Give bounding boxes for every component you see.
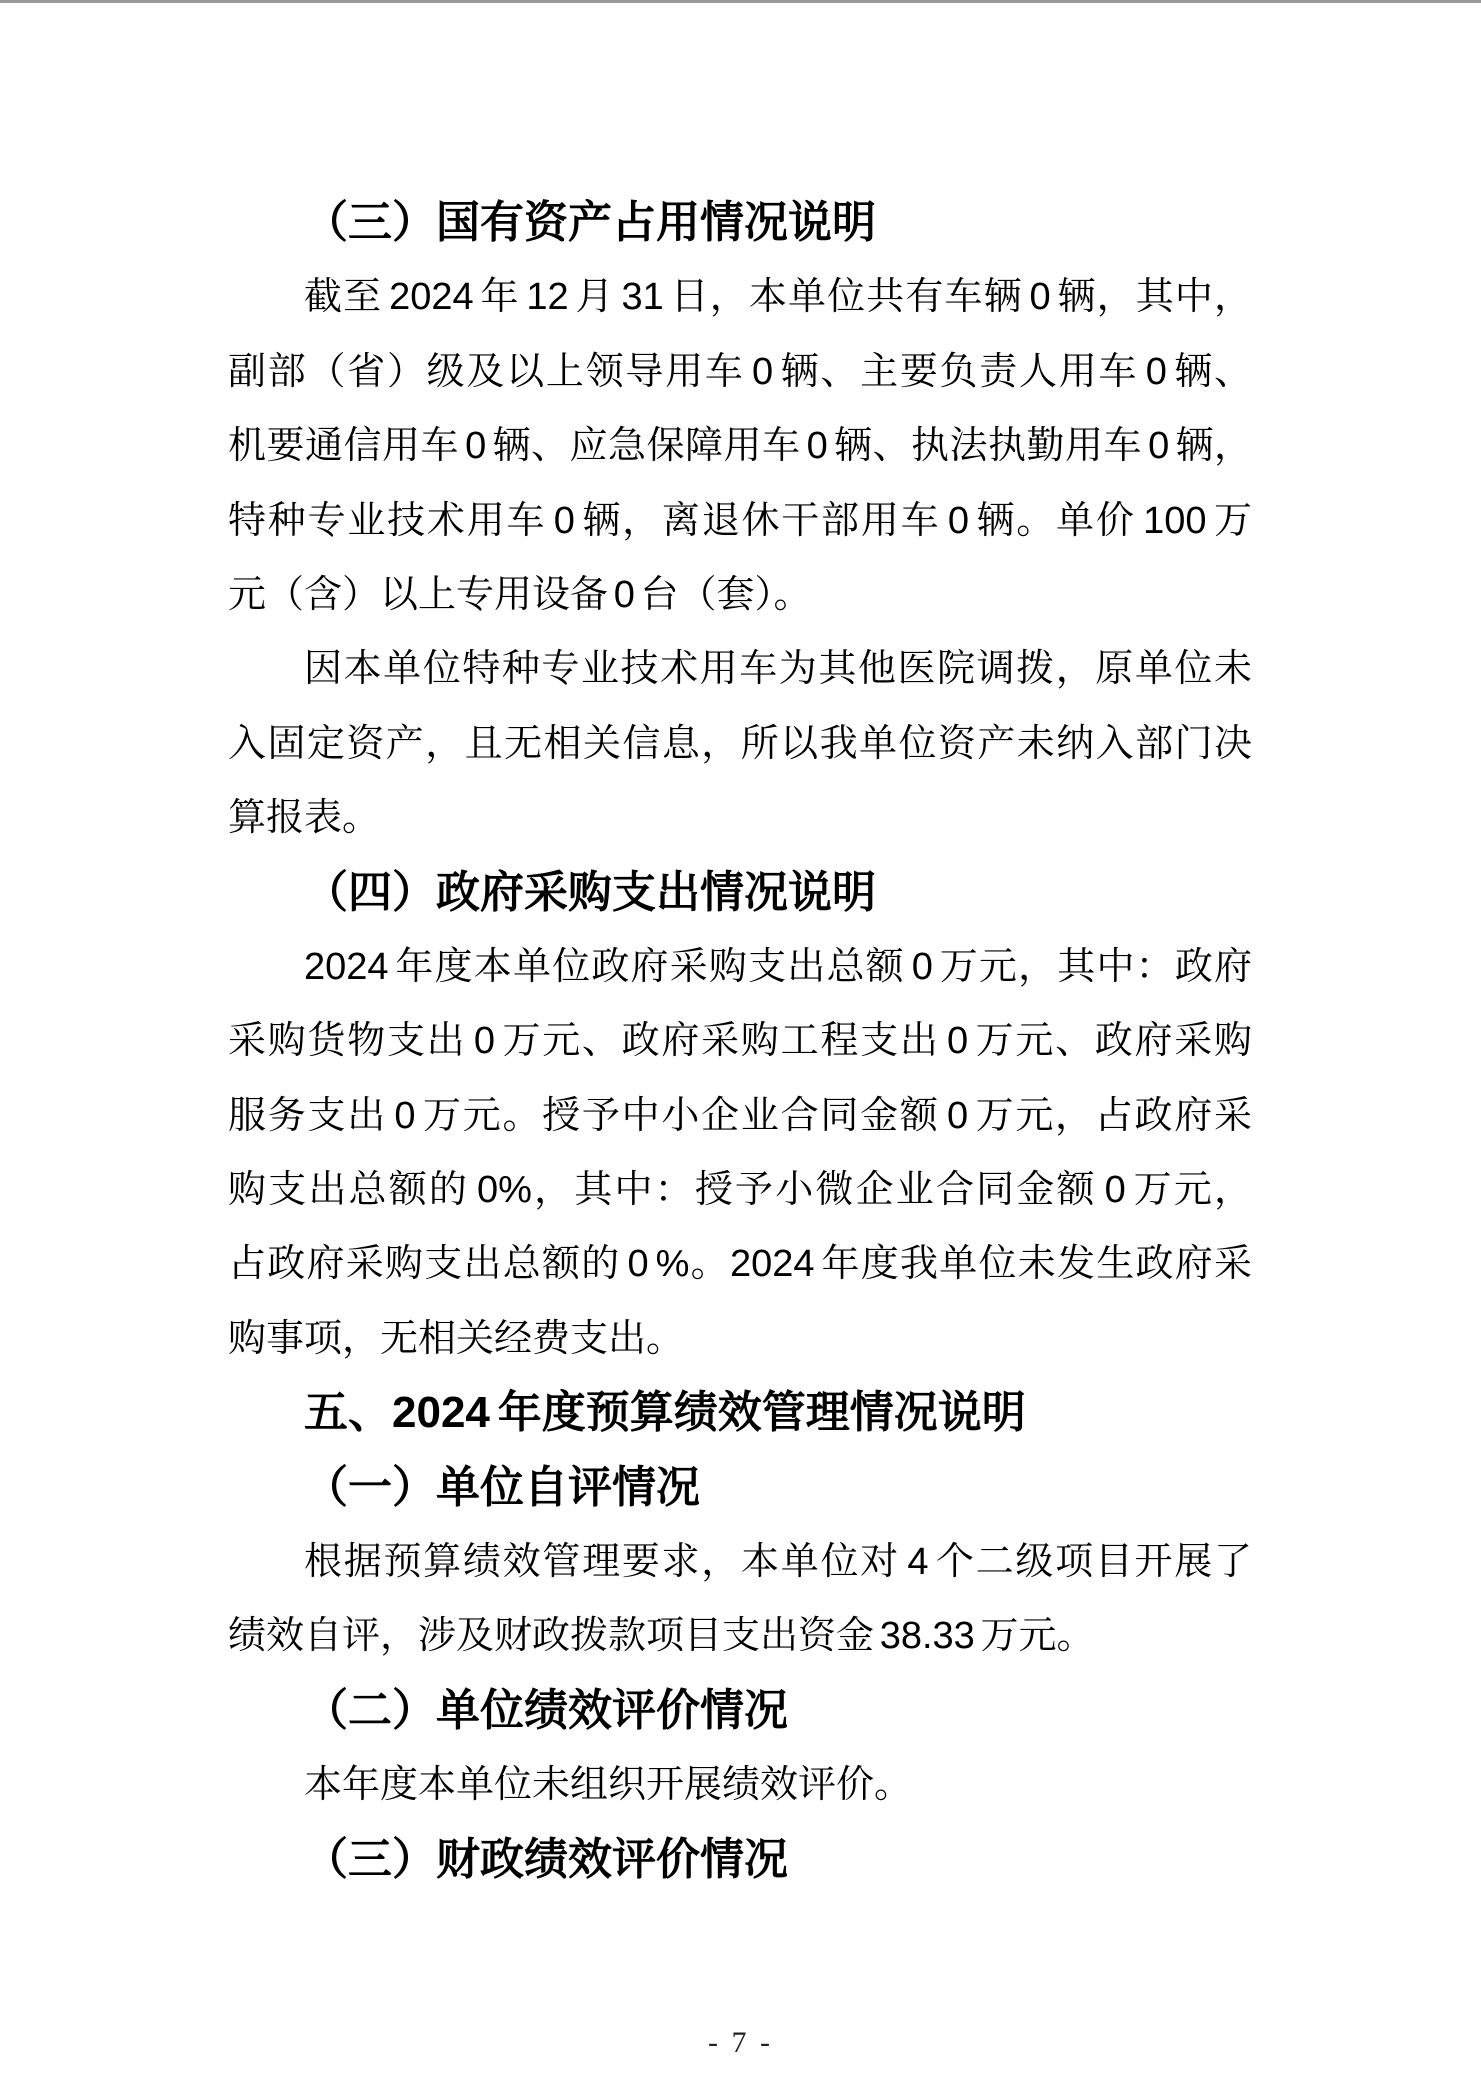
numeric-text: 12 [526,276,568,318]
numeric-text: 0 [752,351,773,393]
section-heading: （一）单位自评情况 [228,1451,1252,1525]
text-line: 机要通信用车 0 辆、应急保障用车 0 辆、执法执勤用车 0 辆， [228,409,1252,483]
section-heading: （三）国有资产占用情况说明 [228,186,1252,260]
text-line: 2024 年度本单位政府采购支出总额 0 万元，其中：政府 [228,930,1252,1004]
numeric-text: % [656,1243,690,1285]
section-heading: （二）单位绩效评价情况 [228,1674,1252,1748]
text-line: 算报表。 [228,781,1252,855]
numeric-text: 0 [1146,351,1167,393]
numeric-text: 0 [614,574,635,616]
numeric-text: 0 [465,425,486,467]
numeric-text: 0 [1148,425,1169,467]
text-line: 特种专业技术用车 0 辆，离退休干部用车 0 辆。单价 100 万 [228,484,1252,558]
text-line: 绩效自评，涉及财政拨款项目支出资金 38.33 万元。 [228,1599,1252,1673]
text-line: 服务支出 0 万元。授予中小企业合同金额 0 万元，占政府采 [228,1079,1252,1153]
text-line: 购支出总额的 0%，其中：授予小微企业合同金额 0 万元， [228,1153,1252,1227]
text-line: 元（含）以上专用设备 0 台（套）。 [228,558,1252,632]
numeric-text: 0% [477,1169,532,1211]
numeric-text: 100 [1143,500,1206,542]
text-line: 因本单位特种专业技术用车为其他医院调拨，原单位未 [228,632,1252,706]
numeric-text: 0 [1105,1169,1126,1211]
numeric-text: 31 [621,276,663,318]
numeric-text: 0 [554,500,575,542]
text-line: 截至 2024 年 12 月 31 日，本单位共有车辆 0 辆，其中， [228,260,1252,334]
numeric-text: 2024 [392,1388,490,1437]
numeric-text: 2024 [730,1243,815,1285]
text-line: 副部（省）级及以上领导用车 0 辆、主要负责人用车 0 辆、 [228,335,1252,409]
text-line: 根据预算绩效管理要求，本单位对 4 个二级项目开展了 [228,1525,1252,1599]
document-page: （三）国有资产占用情况说明截至 2024 年 12 月 31 日，本单位共有车辆… [0,0,1481,2097]
page-number: - 7 - [708,2026,773,2059]
numeric-text: 0 [807,425,828,467]
numeric-text: 0 [947,1095,968,1137]
numeric-text: 2024 [304,946,389,988]
numeric-text: 0 [912,946,933,988]
numeric-text: 38.33 [880,1615,975,1657]
numeric-text: 0 [474,1020,495,1062]
text-line: 本年度本单位未组织开展绩效评价。 [228,1748,1252,1822]
numeric-text: 0 [1030,276,1051,318]
numeric-text: 0 [628,1243,649,1285]
numeric-text: 4 [907,1541,928,1583]
text-line: 占政府采购支出总额的 0 %。2024 年度我单位未发生政府采 [228,1227,1252,1301]
page-footer: - 7 - [0,2026,1481,2060]
section-heading: （三）财政绩效评价情况 [228,1823,1252,1897]
numeric-text: 0 [948,500,969,542]
section-heading: 五、2024 年度预算绩效管理情况说明 [228,1376,1252,1450]
text-line: 采购货物支出 0 万元、政府采购工程支出 0 万元、政府采购 [228,1004,1252,1078]
section-heading: （四）政府采购支出情况说明 [228,856,1252,930]
numeric-text: 2024 [389,276,474,318]
page-top-edge-line [0,0,1481,3]
text-line: 入固定资产，且无相关信息，所以我单位资产未纳入部门决 [228,707,1252,781]
document-content: （三）国有资产占用情况说明截至 2024 年 12 月 31 日，本单位共有车辆… [228,186,1252,1897]
numeric-text: 0 [394,1095,415,1137]
text-line: 购事项，无相关经费支出。 [228,1302,1252,1376]
numeric-text: 0 [947,1020,968,1062]
